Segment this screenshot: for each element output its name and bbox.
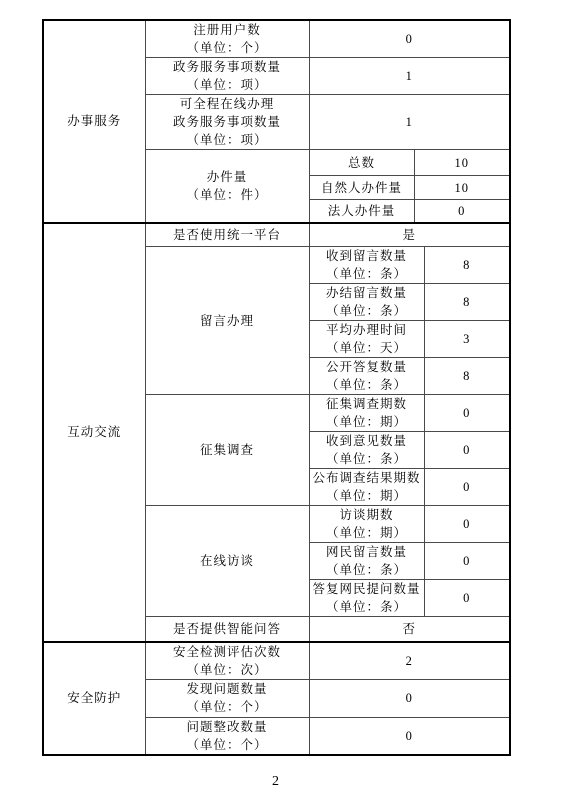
metric-value: 8 [424,284,510,321]
metric-label: 是否提供智能问答 [145,617,309,642]
table-row: 互动交流 是否使用统一平台 是 [43,223,510,247]
sub-metric-label: 法人办件量 [309,200,414,223]
metric-label: 问题整改数量 （单位：个） [145,717,309,755]
group-label: 办件量 （单位：件） [145,150,309,223]
metric-value: 10 [414,176,510,200]
metric-value: 0 [309,717,510,755]
sub-metric-label: 网民留言数量 （单位：条） [309,543,424,580]
metric-value: 0 [424,580,510,617]
sub-metric-label: 自然人办件量 [309,176,414,200]
metric-value: 0 [309,679,510,717]
metric-value: 1 [309,95,510,150]
page-number: 2 [42,774,509,790]
metric-value: 0 [309,20,510,58]
metric-label: 安全检测评估次数 （单位：次） [145,642,309,680]
metric-label: 是否使用统一平台 [145,223,309,247]
metric-value: 3 [424,321,510,358]
metric-label: 注册用户数 （单位：个） [145,20,309,58]
metric-value: 2 [309,642,510,680]
table-row: 安全防护 安全检测评估次数 （单位：次） 2 [43,642,510,680]
metric-value: 8 [424,247,510,284]
metric-value: 否 [309,617,510,642]
group-label: 留言办理 [145,247,309,395]
metric-value: 0 [424,543,510,580]
sub-metric-label: 访谈期数 （单位：期） [309,506,424,543]
sub-metric-label: 征集调查期数 （单位：期） [309,395,424,432]
metric-value: 8 [424,358,510,395]
group-label: 在线访谈 [145,506,309,617]
metric-value: 0 [424,469,510,506]
section-label: 安全防护 [43,642,145,755]
sub-metric-label: 办结留言数量 （单位：条） [309,284,424,321]
sub-metric-label: 总数 [309,150,414,176]
report-page: { "page": { "number": "2" }, "table": { … [0,0,568,806]
sub-metric-label: 收到留言数量 （单位：条） [309,247,424,284]
metric-label: 政务服务事项数量 （单位：项） [145,58,309,95]
section-label: 互动交流 [43,223,145,642]
metric-value: 0 [424,432,510,469]
sub-metric-label: 平均办理时间 （单位：天） [309,321,424,358]
metric-label: 可全程在线办理 政务服务事项数量 （单位：项） [145,95,309,150]
metric-label: 发现问题数量 （单位：个） [145,679,309,717]
sub-metric-label: 公布调查结果期数 （单位：期） [309,469,424,506]
sub-metric-label: 答复网民提问数量 （单位：条） [309,580,424,617]
metric-value: 10 [414,150,510,176]
metric-value: 是 [309,223,510,247]
metric-value: 0 [414,200,510,223]
metric-value: 0 [424,395,510,432]
report-table: 办事服务 注册用户数 （单位：个） 0 政务服务事项数量 （单位：项） 1 可全… [42,19,511,756]
sub-metric-label: 公开答复数量 （单位：条） [309,358,424,395]
section-label: 办事服务 [43,20,145,223]
sub-metric-label: 收到意见数量 （单位：条） [309,432,424,469]
table-row: 办事服务 注册用户数 （单位：个） 0 [43,20,510,58]
metric-value: 0 [424,506,510,543]
group-label: 征集调查 [145,395,309,506]
metric-value: 1 [309,58,510,95]
